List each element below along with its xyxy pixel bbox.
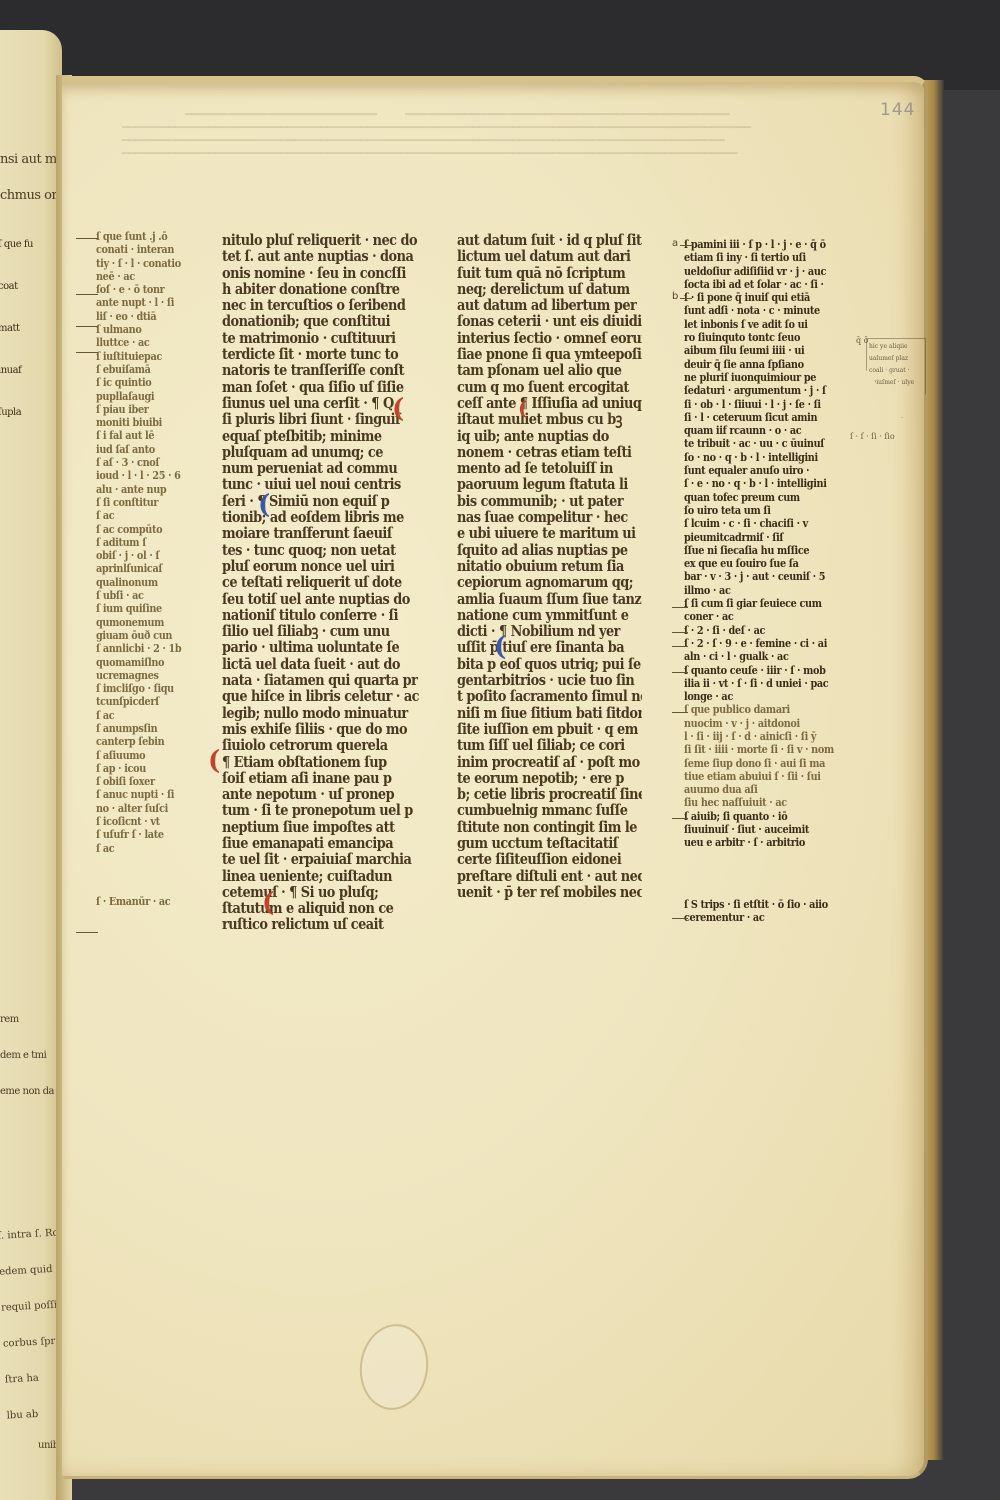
text-line: aut datum ad libertum per [457,297,642,313]
gloss-line: ueldoſiur adiſiſiid vr · j · auc [684,265,838,278]
text-line: cum q mo ſuent ercogitat [457,379,642,395]
lemma-connector [76,294,98,295]
left-gloss-line: eme non da [0,1086,54,1098]
left-gloss-line: coat [0,280,33,294]
text-line: ſeri · ¶ Simiū non equiſ p [222,493,420,509]
gloss-line: ſoſ · e · ō tonr [96,283,193,296]
gloss-block-a: ſ pamini iii · ſ p · l · j · e · q̄ ō et… [684,238,859,291]
text-line: lictum uel datum aut dari [457,248,642,264]
text-line: linea ueniente; cuiſtadun [222,868,420,884]
gloss-block-h: ſ aiuib; ſi quanto · iō ſiuuinuiſ · ſiut… [684,810,859,850]
red-paraph-mark: ( [208,748,220,774]
text-line: ¶ Etiam obſtationem ſup [222,754,420,770]
note-line: corbus ſpr [3,1335,62,1350]
text-line: uenit · p̄ ter reſ mobiles nec [457,884,642,900]
text-line: e ubi uiuere te maritum ui [457,525,642,541]
gloss-line: ſ imcliſgo · ſiqu [96,682,193,695]
lemma-connector [672,818,688,819]
text-line: b; cetie libris procreatiſ ſine [457,786,642,802]
gloss-line: ſocta ibi ad et ſolar · ac · ſi · [684,278,838,291]
lemma-connector [672,918,688,919]
text-line: man ſoſet · qua ſiſio uſ ſiſie [222,379,420,395]
text-line: tam pſonam uel alio que [457,362,642,378]
lemma-connector [672,712,688,713]
text-line: paoruum legum ſtatuta li [457,476,642,492]
gloss-line: tiue etiam abuiui ſ · ſii · ſui [684,770,838,783]
gloss-line: bar · v · 3 · j · aut · ceuniſ · 5 [684,570,838,583]
gloss-block-g: ſ que publico damari nuocim · v · j · ai… [684,703,859,809]
blue-paraph-mark: ( [258,492,270,518]
gloss-line: ſ icoſicnt · vt [96,815,193,828]
gloss-line: ſiuuinuiſ · ſiut · auceimit [684,823,838,836]
text-line: nec in tercuſtios o ſeribend [222,297,420,313]
gloss-line: aprinlſunicaſ [96,562,193,575]
text-line: ſi pluris libri ſiunt · ſinguiſ [222,411,420,427]
text-line: mis exhiſe ſiliis · que do mo [222,721,420,737]
lemma-connector [672,646,688,647]
gloss-line: illmo · ac [684,584,838,597]
text-line: ſiunus uel una cerſit · ¶ Q [222,395,420,411]
gloss-line: ſ · ſi pone q̄ inuiſ qui etiā [684,291,838,304]
gloss-line: ſ ſi conſtitur [96,496,193,509]
gloss-line: ſſue ni ſiecaſia hu mſſice [684,544,838,557]
text-line: interius ſectio · omneſ eorum [457,330,642,346]
text-line: dicti · ¶ Nobilium nd yer [457,623,642,639]
text-line: niſi m ſiue ſitium bati ſitdone [457,705,642,721]
text-line: ante nepotum · uſ pronep [222,786,420,802]
text-line: nationiſ titulo conſerre · ſi [222,607,420,623]
text-line: moiare tranſferunt ſaeuiſ [222,525,420,541]
note-line: ſtra ha [5,1371,62,1386]
text-line: mento ad ſe tetoluiſſ in [457,460,642,476]
gloss-line: ueu e arbitr · ſ · arbitrio [684,836,838,849]
text-line: preſtare diſtuli ent · aut neq [457,868,642,884]
gloss-line: pupllaſaugi [96,390,193,403]
gloss-line: coner · ac [684,610,838,623]
gloss-line: aibum ſilu ſeumi iiii · ui [684,344,838,357]
gloss-line: quomamiſlno [96,656,193,669]
gloss-line: ſ que ſunt .j .ō [96,230,193,243]
text-line: amlia ſuaum ſſum ſiue tanz [457,591,642,607]
text-line: ceſſ ante ¶ Iſſiuſia ad uniuq [457,395,642,411]
text-line: lictā uel data ſueit · aut do [222,656,420,672]
gloss-line: ſ pamini iii · ſ p · l · j · e · q̄ ō [684,238,838,251]
gloss-line: ſ annlicbi · 2 · 1b [96,642,193,655]
gloss-line: ſ ubſi · ac [96,589,193,602]
text-line: terdicte ſit · morte tunc to [222,346,420,362]
text-line: ſiae pnone ſi qua ymteepoſi [457,346,642,362]
gloss-line: ſ aiuib; ſi quanto · iō [684,810,838,823]
lemma-connector [680,298,692,299]
marginal-note-small: ſ · ſ · ſi · ſio [850,432,895,441]
gloss-line: ſ ap · icou [96,762,193,775]
gloss-line: ſ aſ · 3 · cnoſ [96,456,193,469]
text-line: natoris te tranſſeriſſe conſt [222,362,420,378]
text-line: ſquito ad alias nuptias pe [457,542,642,558]
text-line: tunc · uiui uel noui centris [222,476,420,492]
left-gloss-line: ſ que fu [0,238,33,252]
gloss-line: moniti biuibi [96,416,193,429]
gloss-line: ſi ſit · iiii · morte ſi · ſi v · nom [684,743,838,756]
gloss-line: quan tofec preum cum [684,491,838,504]
text-line: nitulo pluſ reliquerit · nec do [222,232,420,248]
gloss-line: ſ piau iber [96,403,193,416]
gloss-line: conati · interan [96,243,193,256]
gloss-line: ſ S trips · ſi etſtit · ō ſio · aiio [684,898,838,911]
main-text-column-1: nitulo pluſ reliquerit · nec do tet ſ. a… [222,232,452,933]
text-line: certe ſiſiteuſſion eidonei [457,851,642,867]
gloss-line: qualinonum [96,576,193,589]
lemma-connector [672,632,688,633]
left-marginal-gloss: ſ que ſunt .j .ō conati · interan tiy · … [96,230,206,908]
text-line: iſtaut muliet mbus cu bꝫ [457,411,642,427]
gloss-line: ſiu hec naſſuiuit · ac [684,796,838,809]
gloss-line: liſ · eo · dtiā [96,310,193,323]
gloss-line: ro ſiuinquto tontc ſeuo [684,331,838,344]
gloss-line: longe · ac [684,690,838,703]
text-line: bis communib; · ut pater [457,493,642,509]
gloss-line: ſ lcuim · c · ſi · chaciſi · v [684,517,838,530]
gloss-line: ilia ii · vt · ſ · ſi · d uniei · pac [684,677,838,690]
gloss-line: ſ quanto ceuſe · iiir · ſ · mob [684,664,838,677]
gloss-line: alu · ante nup [96,483,193,496]
gloss-line: ſunt adſi · nota · c · minute [684,304,838,317]
gloss-block-e: ſ · 2 · ſ · 9 · e · femine · ci · ai aln… [684,637,859,664]
text-line: te matrimonio · cuſtituuri [222,330,420,346]
gloss-line: ſ · e · no · q · b · l · intelligini [684,477,838,490]
gloss-line: aln · ci · l · gualk · ac [684,650,838,663]
text-line: iq uib; ante nuptias do [457,428,642,444]
text-line: tum ſiſſ uel ſiliab; ce cori [457,737,642,753]
gloss-line: iud ſaſ anto [96,443,193,456]
gloss-line: ſ ac compūto [96,523,193,536]
gloss-line: l · ſi · iij · ſ · d · ainicſi · ſi ȳ [684,730,838,743]
folio-number: 144 [880,100,915,120]
right-marginal-gloss: ſ pamini iii · ſ p · l · j · e · q̄ ō et… [684,238,859,924]
lemma-letter-b: b [672,291,678,302]
text-line: ſite iuſſion em pbuit · q em [457,721,642,737]
gloss-line: ſ ſi cum ſi giar ſeuiece cum [684,597,838,610]
gloss-line: ſ · Emanūr · ac [96,895,193,908]
gloss-line: ſ · 2 · ſ · 9 · e · femine · ci · ai [684,637,838,650]
left-page-gloss-end: rem dem e tmi eme non da [0,990,54,1122]
gloss-line: etiam ſi iny · ſi tertio uſi [684,251,838,264]
gloss-line: ante nupt · l · ſi [96,296,193,309]
text-line: h abiter donatione conſtre [222,281,420,297]
gloss-line: ſ ac [96,842,193,855]
gloss-line: ioud · l · l · 25 · 6 [96,469,193,482]
gloss-line: ſ uſufr ſ · late [96,828,193,841]
gloss-line: quam iif rcaunn · o · ac [684,424,838,437]
left-text-line: chmus ommo [0,190,62,202]
text-line: gum ucctum teſtacitatiſ [457,835,642,851]
gloss-line: no · alter ſuſci [96,802,193,815]
gloss-line: ſ ium quiſine [96,602,193,615]
text-line: inim procreatiſ aſ · poſt mo [457,754,642,770]
left-page-bottom-note: ſ. intra ſ. Ro edem quid requil poſſib c… [0,1204,62,1447]
text-line: nitatio obuium retum ſia [457,558,642,574]
text-line: ce teſtati reliquerit uſ dote [222,574,420,590]
text-line: nonem · cetras etiam teſti [457,444,642,460]
blue-paraph-mark: ( [494,634,506,660]
gloss-line: deuir q̄ ſie anna ſpſiano [684,358,838,371]
text-line: nas ſuae compelitur · hec [457,509,642,525]
left-gloss-line: dem e tmi [0,1050,54,1062]
red-paraph-mark: ( [262,890,274,916]
red-paraph-mark: ( [518,398,527,418]
gloss-line: ſ iuſtituiepac [96,350,193,363]
gloss-line: tcunſpicderſ [96,695,193,708]
gloss-line: ſ ebuiſamā [96,363,193,376]
lemma-connector [76,932,98,933]
gloss-line: qumonemum [96,616,193,629]
gloss-line: ſi · l · ceteruum ſicut amin [684,411,838,424]
gloss-line: cerementur · ac [684,911,838,924]
text-line: ſiuiolo cetrorum querela [222,737,420,753]
text-line: neq; derelictum uſ datum [457,281,642,297]
gloss-line: ſi · ob · l · ſiiuui · l · j · ſe · ſi [684,398,838,411]
text-line: nata · ſiatamen qui quarta pr [222,672,420,688]
note-line: coali · gruat · [867,367,925,379]
text-line: ſtitute non contingit ſim le [457,819,642,835]
text-line: equaſ pteſbitib; minime [222,428,420,444]
text-line: cumbuelnig mmanc ſuſſe [457,802,642,818]
gloss-line: ſo · no · q · b · l · intelligini [684,451,838,464]
gloss-line: ſ aſiuumo [96,749,193,762]
text-line: ſuit tum quā nō ſcriptum [457,265,642,281]
gloss-line: lluttce · ac [96,336,193,349]
wax-stain [354,1320,433,1415]
note-line: hic ye aliqiie [867,339,925,355]
red-paraph-mark: ( [392,396,404,422]
note-line: ſ. intra ſ. Ro [0,1227,60,1242]
gloss-line: obiſ · j · ol · ſ [96,549,193,562]
gloss-block-d: ſ · 2 · ſi · deſ · ac [684,624,859,637]
gloss-line: let inbonis ſ ve adit ſo ui [684,318,838,331]
gloss-line: pieumitcadrmiſ · ſiſ [684,531,838,544]
lemma-connector [672,607,688,608]
gloss-line: canterp ſebin [96,735,193,748]
gloss-line: ex que eu ſouiro ſue ſa [684,557,838,570]
left-gloss-line: ſupla [0,406,33,420]
gloss-line: giuam ōuð cun [96,629,193,642]
gloss-line: nuocim · v · j · aitdonoi [684,717,838,730]
text-line: tionib; ad eoſdem libris me [222,509,420,525]
text-line: ſilio uel ſiliabꝫ · cum unu [222,623,420,639]
text-line: t poſito ſacramento ſimul no [457,688,642,704]
lemma-connector [672,672,688,673]
text-line: ſeu totiſ uel ante nuptias do [222,591,420,607]
text-line: legib; nullo modo minuatur [222,705,420,721]
note-line: ualumeſ plaz [867,355,925,367]
left-facing-page: nsi aut matri chmus ommo ſ que fu coat m… [0,30,62,1500]
text-line: te eorum nepotib; · ere p [457,770,642,786]
gloss-line: ſ ic quintio [96,376,193,389]
gloss-line: ſedaturi · argumentum · j · ſ [684,384,838,397]
text-line: gentarbitrios · ucie tuo ſin [457,672,642,688]
lemma-connector [76,238,98,239]
gloss-line: ucremagnes [96,669,193,682]
note-line: lbu ab [6,1407,62,1422]
gloss-line: ſ i fal aut lē [96,429,193,442]
text-line: num perueniat ad commu [222,460,420,476]
text-line: pluſquam ad unumq; ce [222,444,420,460]
text-line: cetemuſ · ¶ Si uo pluſq; [222,884,420,900]
text-line: neptium ſiue impoſtes att [222,819,420,835]
gloss-line: ſ ac [96,509,193,522]
text-line: ruſtico relictum uſ ceait [222,916,420,932]
note-line: requil poſſib [1,1299,62,1314]
text-line: pario · ultima uoluntate ſe [222,639,420,655]
text-line: donationib; que conſtitui [222,313,420,329]
gloss-block-c: ſ ſi cum ſi giar ſeuiece cum coner · ac [684,597,859,624]
text-line: tes · tunc quoq; non uetat [222,542,420,558]
gloss-line: ſ aditum ſ [96,536,193,549]
gloss-line: tiy · ſ · l · conatio [96,257,193,270]
left-gloss-line: matt [0,322,33,336]
gloss-line: ſ anuc nupti · ſi [96,788,193,801]
left-gloss-line: inuaf [0,364,33,378]
gloss-line: ſunt equaler anuſo uiro · [684,464,838,477]
lemma-connector [76,326,98,327]
text-line: ſoiſ etiam aſi inane pau p [222,770,420,786]
gloss-line: ſ que publico damari [684,703,838,716]
gloss-line: ſ ulmano [96,323,193,336]
gloss-line: ne pluriſ iuonquimiour pe [684,371,838,384]
left-page-gloss: ſ que fu coat matt inuaf ſupla [0,210,33,448]
main-text-column-2: aut datum ſuit · id q pluſ ſit lictum ue… [457,232,672,900]
lemma-connector [680,245,692,246]
gloss-line: ſo uiro teta um ſi [684,504,838,517]
text-line: ſonas ceterii · unt eis diuidi [457,313,642,329]
gloss-line: auumo dua aſi [684,783,838,796]
gloss-block-f: ſ quanto ceuſe · iiir · ſ · mob ilia ii … [684,664,859,704]
text-line: uſſit p̄ tiuſ ere ſinanta ba [457,639,642,655]
gloss-line: te tribuit · ac · uu · c ūuinuſ [684,437,838,450]
gloss-line: ſeme ſiup dono ſi · aui ſi ma [684,757,838,770]
text-line: pluſ eorum nonce uel uiri [222,558,420,574]
lemma-letter-a: a [672,238,678,249]
text-line: aut datum ſuit · id q pluſ ſit [457,232,642,248]
gloss-line: ſ · 2 · ſi · deſ · ac [684,624,838,637]
lemma-connector [76,352,98,353]
gloss-block-b: ſ · ſi pone q̄ inuiſ qui etiā ſunt adſi … [684,291,859,597]
text-line: te uel ſit · erpaiuiaſ marchia [222,851,420,867]
gloss-line: ſ anumpsſin [96,722,193,735]
gloss-line: ſ ac [96,709,193,722]
text-line: que hiſce in libris celetur · ac [222,688,420,704]
gloss-line: ſ obiſi ſoxer [96,775,193,788]
note-line: edem quid [0,1263,62,1278]
text-line: tet ſ. aut ante nuptias · dona [222,248,420,264]
gloss-line: neē · ac [96,270,193,283]
text-line: bita p eoſ quos utriq; pui ſe [457,656,642,672]
text-line: tum · ſi te pronepotum uel p [222,802,420,818]
left-text-line: nsi aut matri [0,154,62,166]
text-line: natione cum ymmitſunt e [457,607,642,623]
text-line: onis nomine · ſeu in concſſi [222,265,420,281]
text-line: ſiue emanapati emancipa [222,835,420,851]
left-gloss-line: rem [0,1014,54,1026]
text-line: cepiorum agnomarum qq; [457,574,642,590]
text-line: ſtatutum e aliquid non ce [222,900,420,916]
gloss-block-i: ſ S trips · ſi etſtit · ō ſio · aiio cer… [684,898,859,925]
show-through-text: ━━━━━━━━━━━━━━━━━━━━━━━━━━━━━ ━━━━━━━━━━… [122,108,751,160]
